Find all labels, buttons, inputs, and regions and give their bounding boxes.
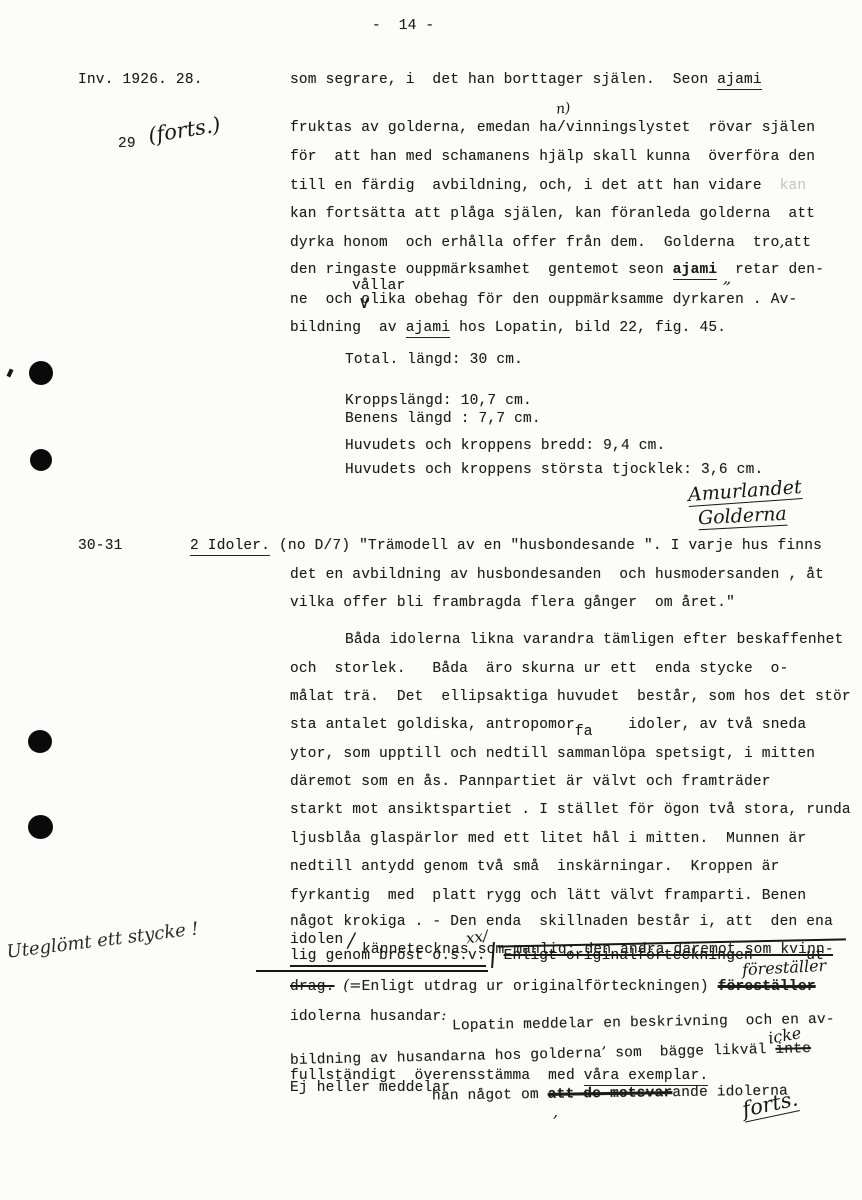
handwritten-text: Uteglömt ett stycke ! (5, 918, 199, 962)
ink-speck (6, 369, 13, 378)
text-segment: sta antalet goldiska, antropomor (290, 717, 575, 733)
typed-line: nedtill antydd genom två små inskärninga… (290, 857, 780, 877)
text-segment: den ringaste ouppmärksamhet gentemot seo… (290, 262, 673, 278)
handwritten-text: (forts.) (147, 112, 223, 147)
underlined-text: lig genom bröst o.s.v. (290, 948, 486, 967)
text-segment: hos Lopatin, bild 22, fig. 45. (450, 320, 726, 336)
text-segment: idolerna husandar (290, 1009, 441, 1025)
measurement-line: Total. längd: 30 cm. (345, 350, 523, 370)
handwritten-text: Golderna (697, 503, 787, 530)
typed-line: vilka offer bli frambragda flera gånger … (290, 593, 735, 613)
handwritten-paren: (= (343, 978, 361, 994)
xx-mark: xx/ (465, 927, 489, 948)
typed-correction: fa (575, 724, 593, 740)
handwritten-text: Amurlandet (687, 476, 802, 506)
text-segment: retar den- (717, 262, 824, 278)
text-segment: fyrkantig med platt rygg och lätt välvt … (290, 888, 806, 904)
text-segment: . Av- (753, 292, 798, 308)
measurement-line: Huvudets och kroppens bredd: 9,4 cm. (345, 436, 665, 456)
typed-line: 2 Idoler. (no D/7) "Trämodell av en "hus… (190, 536, 822, 556)
ink-blot (30, 449, 52, 471)
measurement-line: Kroppslängd: 10,7 cm. (345, 391, 532, 411)
typed-line: målat trä. Det ellipsaktiga huvudet best… (290, 687, 851, 707)
ajami-underlined: ajami (673, 262, 718, 280)
item-number-29: 29 (118, 134, 136, 154)
typed-line: bildning av ajami hos Lopatin, bild 22, … (290, 318, 726, 338)
typed-line: idolerna husandar: (290, 1006, 446, 1027)
text-segment: (no D/7) "Trämodell av en "husbondesande… (270, 538, 822, 554)
typed-line: dyrka honom och erhålla offer från dem. … (290, 232, 811, 253)
text-segment: olika obehag för den ouppmärksamme dyrka… (352, 292, 753, 308)
typed-line: och storlek. Båda äro skurna ur ett enda… (290, 659, 788, 679)
text-segment: bildning av (290, 320, 406, 336)
text-segment: ljusblåa glaspärlor med ett litet hål i … (290, 831, 806, 847)
text-segment: och storlek. Båda äro skurna ur ett enda… (290, 661, 788, 677)
typed-line: Ej heller meddelar (290, 1078, 450, 1098)
text-segment: Total. längd: 30 cm. (345, 352, 523, 368)
text-segment: /vinningslystet rövar själen (557, 120, 815, 136)
forts-margin-note: (forts.) (147, 112, 223, 147)
handwritten-mark: , (553, 1102, 558, 1121)
golderna-note: Golderna (697, 503, 787, 531)
inventory-label: Inv. 1926. 28. (78, 72, 203, 88)
typed-line: ne och olika obehag för den ouppmärksamm… (290, 290, 797, 310)
text-segment: idoler, av två sneda (593, 717, 807, 733)
text-segment: Ej heller meddelar (290, 1080, 450, 1096)
typed-line: ljusblåa glaspärlor med ett litet hål i … (290, 829, 806, 849)
text-segment: starkt mot ansiktspartiet . I stället fö… (290, 802, 851, 818)
text-segment: 30-31 (78, 538, 123, 554)
typed-line: något krokiga . - Den enda skillnaden be… (290, 912, 833, 932)
text-segment: ne och (290, 292, 352, 308)
ink-blot (28, 815, 53, 839)
typed-line: för att han med schamanens hjälp skall k… (290, 147, 815, 167)
text-segment: att (784, 235, 811, 251)
text-segment: dyrka honom och erhålla offer från dem. … (290, 235, 780, 251)
erased-text: kan (780, 178, 807, 194)
text-segment: som segrare, i det han borttager själen.… (290, 72, 717, 88)
handwritten-text: n) (555, 100, 571, 117)
page-number: - 14 - (372, 18, 434, 34)
typed-line: starkt mot ansiktspartiet . I stället fö… (290, 800, 851, 820)
page-number-header: - 14 - (372, 16, 434, 36)
handwritten-text: xx/ (465, 927, 489, 948)
section-title: 2 Idoler. (190, 538, 270, 556)
ink-blot (28, 730, 52, 753)
inventory-number: Inv. 1926. 28. (78, 70, 203, 90)
text-segment: nedtill antydd genom två små inskärninga… (290, 859, 780, 875)
typed-line: som segrare, i det han borttager själen.… (290, 70, 762, 90)
text-segment: vilka offer bli frambragda flera gånger … (290, 595, 735, 611)
struck-text: drag. (290, 979, 335, 995)
handwritten-insertion: n) (555, 100, 571, 117)
text-segment: Huvudets och kroppens största tjocklek: … (345, 462, 763, 478)
item-number: 29 (118, 136, 136, 152)
text-segment: Kroppslängd: 10,7 cm. (345, 393, 532, 409)
typed-line: däremot som en ås. Pannpartiet är välvt … (290, 772, 771, 792)
typed-line: drag. (=Enligt utdrag ur originalförteck… (290, 976, 816, 997)
typed-line: han något om att de motsvarande idolerna (432, 1082, 788, 1107)
typed-line: ytor, som upptill och nedtill sammanlöpa… (290, 744, 815, 764)
document-page: - 14 - Inv. 1926. 28. 29 (forts.) som se… (0, 0, 862, 1200)
section-range: 30-31 (78, 536, 123, 556)
text-segment: målat trä. Det ellipsaktiga huvudet best… (290, 689, 851, 705)
ink-blot (29, 361, 53, 385)
struck-text: föreställer (718, 979, 816, 995)
text-segment: något krokiga . - Den enda skillnaden be… (290, 914, 833, 930)
measurement-line: Huvudets och kroppens största tjocklek: … (345, 460, 763, 480)
typed-line: fruktas av golderna, emedan ha/vinningsl… (290, 118, 815, 138)
text-segment: ytor, som upptill och nedtill sammanlöpa… (290, 746, 815, 762)
typed-line: fyrkantig med platt rygg och lätt välvt … (290, 886, 806, 906)
text-segment: till en färdig avbildning, och, i det at… (290, 178, 780, 194)
text-segment: Huvudets och kroppens bredd: 9,4 cm. (345, 438, 665, 454)
text-segment (486, 948, 504, 964)
underline-mark (256, 970, 488, 972)
handwritten-colon: : (441, 1008, 446, 1024)
text-segment: som bägge likväl (606, 1042, 775, 1062)
typed-line: Båda idolerna likna varandra tämligen ef… (345, 630, 843, 650)
text-segment: det en avbildning av husbondesanden och … (290, 567, 824, 583)
text-segment: Benens längd : 7,7 cm. (345, 411, 541, 427)
handwritten-text: , (553, 1102, 558, 1121)
text-segment: kan fortsätta att plåga själen, kan föra… (290, 206, 815, 222)
typed-line: det en avbildning av husbondesanden och … (290, 565, 824, 585)
typed-line: till en färdig avbildning, och, i det at… (290, 176, 806, 196)
text-segment: däremot som en ås. Pannpartiet är välvt … (290, 774, 771, 790)
text-segment: Båda idolerna likna varandra tämligen ef… (345, 632, 843, 648)
ajami-underlined: ajami (717, 72, 762, 90)
text-segment: han något om (432, 1087, 548, 1105)
text-segment (709, 979, 718, 995)
text-segment: fruktas av golderna, emedan ha (290, 120, 557, 136)
struck-text: inte (775, 1041, 811, 1058)
text-segment: Enligt utdrag ur originalförteckningen) (362, 979, 709, 995)
text-segment: för att han med schamanens hjälp skall k… (290, 149, 815, 165)
typed-line: sta antalet goldiska, antropomorfa idole… (290, 715, 806, 735)
measurement-line: Benens längd : 7,7 cm. (345, 409, 541, 429)
struck-text: att de motsvar (548, 1085, 673, 1103)
typed-line: kan fortsätta att plåga själen, kan föra… (290, 204, 815, 224)
ajami-underlined: ajami (406, 320, 451, 338)
margin-note-uteglomt: Uteglömt ett stycke ! (5, 918, 199, 962)
